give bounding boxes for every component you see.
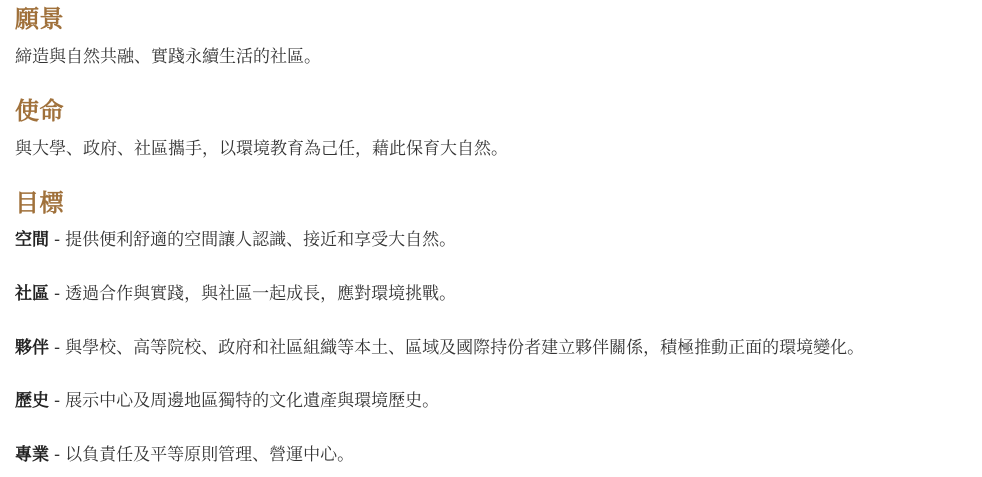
goal-separator: - <box>54 230 60 250</box>
goal-label: 社區 <box>15 284 49 304</box>
goal-item-space: 空間-提供便利舒適的空間讓人認識、接近和享受大自然。 <box>15 228 456 252</box>
goal-label: 歷史 <box>15 391 49 411</box>
goal-item-history: 歷史-展示中心及周邊地區獨特的文化遺產與環境歷史。 <box>15 389 439 413</box>
goal-item-community: 社區-透過合作與實踐，與社區一起成長，應對環境挑戰。 <box>15 282 456 306</box>
vision-text: 締造與自然共融、實踐永續生活的社區。 <box>15 45 321 69</box>
goal-text: 展示中心及周邊地區獨特的文化遺產與環境歷史。 <box>65 391 439 411</box>
goal-separator: - <box>54 284 60 304</box>
goal-item-professional: 專業-以負責任及平等原則管理、營運中心。 <box>15 443 354 467</box>
goal-text: 透過合作與實踐，與社區一起成長，應對環境挑戰。 <box>65 284 456 304</box>
mission-text: 與大學、政府、社區攜手，以環境教育為己任，藉此保育大自然。 <box>15 137 508 161</box>
vision-heading: 願景 <box>15 4 64 34</box>
goal-label: 專業 <box>15 445 49 465</box>
goal-separator: - <box>54 391 60 411</box>
goal-text: 提供便利舒適的空間讓人認識、接近和享受大自然。 <box>65 230 456 250</box>
goal-separator: - <box>54 338 60 358</box>
goals-heading: 目標 <box>15 188 64 218</box>
goal-separator: - <box>54 445 60 465</box>
goal-label: 夥伴 <box>15 338 49 358</box>
mission-heading: 使命 <box>15 96 64 126</box>
goal-text: 以負責任及平等原則管理、營運中心。 <box>65 445 354 465</box>
goal-item-partners: 夥伴-與學校、高等院校、政府和社區組織等本土、區域及國際持份者建立夥伴關係，積極… <box>15 336 864 360</box>
goal-text: 與學校、高等院校、政府和社區組織等本土、區域及國際持份者建立夥伴關係，積極推動正… <box>65 338 864 358</box>
goal-label: 空間 <box>15 230 49 250</box>
